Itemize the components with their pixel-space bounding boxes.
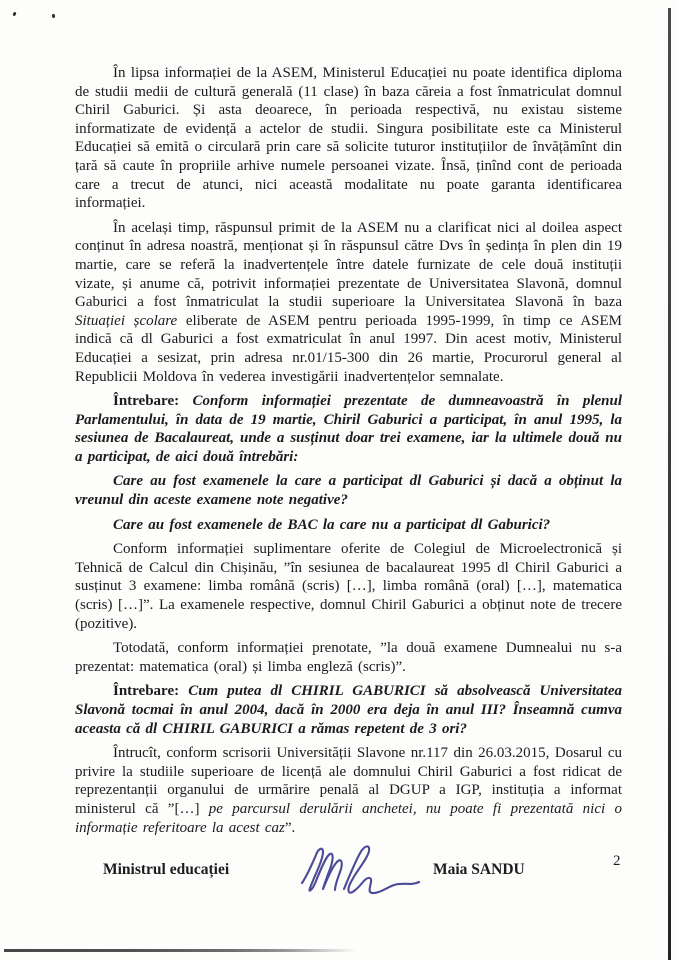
text-run: În lipsa informației de la ASEM, Ministe… <box>75 65 622 211</box>
scan-bottom-line <box>4 949 444 952</box>
text-run: Care au fost examenele la care a partici… <box>75 473 622 508</box>
page-number: 2 <box>613 853 621 870</box>
text-run: Care au fost examenele de BAC la care nu… <box>113 517 550 533</box>
paragraph: Întrebare: Conform informației prezentat… <box>75 392 622 466</box>
paragraph: Totodată, conform informației prenotate,… <box>75 639 622 676</box>
text-run: În același timp, răspunsul primit de la … <box>75 220 622 310</box>
document-page: În lipsa informației de la ASEM, Ministe… <box>0 0 678 960</box>
signatory-title: Ministrul educației <box>103 861 229 879</box>
document-body: În lipsa informației de la ASEM, Ministe… <box>75 64 622 905</box>
scan-speck-icon <box>52 14 55 18</box>
paragraph: În același timp, răspunsul primit de la … <box>75 219 622 386</box>
paragraph: Întrucît, conform scrisorii Universități… <box>75 744 622 837</box>
handwritten-signature-path2 <box>344 847 419 894</box>
document-paragraphs: În lipsa informației de la ASEM, Ministe… <box>75 64 622 837</box>
text-run: Întrebare: <box>113 393 193 409</box>
handwritten-signature-path <box>302 849 342 891</box>
paragraph: Conform informației suplimentare oferite… <box>75 540 622 633</box>
scan-edge-line <box>668 8 671 960</box>
text-run: Totodată, conform informației prenotate,… <box>75 640 622 675</box>
paragraph: Întrebare: Cum putea dl CHIRIL GABURICI … <box>75 682 622 738</box>
signatory-name: Maia SANDU <box>433 861 525 879</box>
paragraph: În lipsa informației de la ASEM, Ministe… <box>75 64 622 213</box>
signature-block: Ministrul educației Maia SANDU <box>75 853 622 905</box>
text-run: ”. <box>285 820 295 836</box>
paragraph: Care au fost examenele la care a partici… <box>75 472 622 509</box>
scan-speck-icon <box>12 12 16 17</box>
text-run: Întrebare: <box>113 683 188 699</box>
handwritten-signature-icon <box>299 843 423 901</box>
paragraph: Care au fost examenele de BAC la care nu… <box>75 516 622 535</box>
text-run: Conform informației suplimentare oferite… <box>75 541 622 631</box>
text-run: Situației școlare <box>75 313 177 329</box>
